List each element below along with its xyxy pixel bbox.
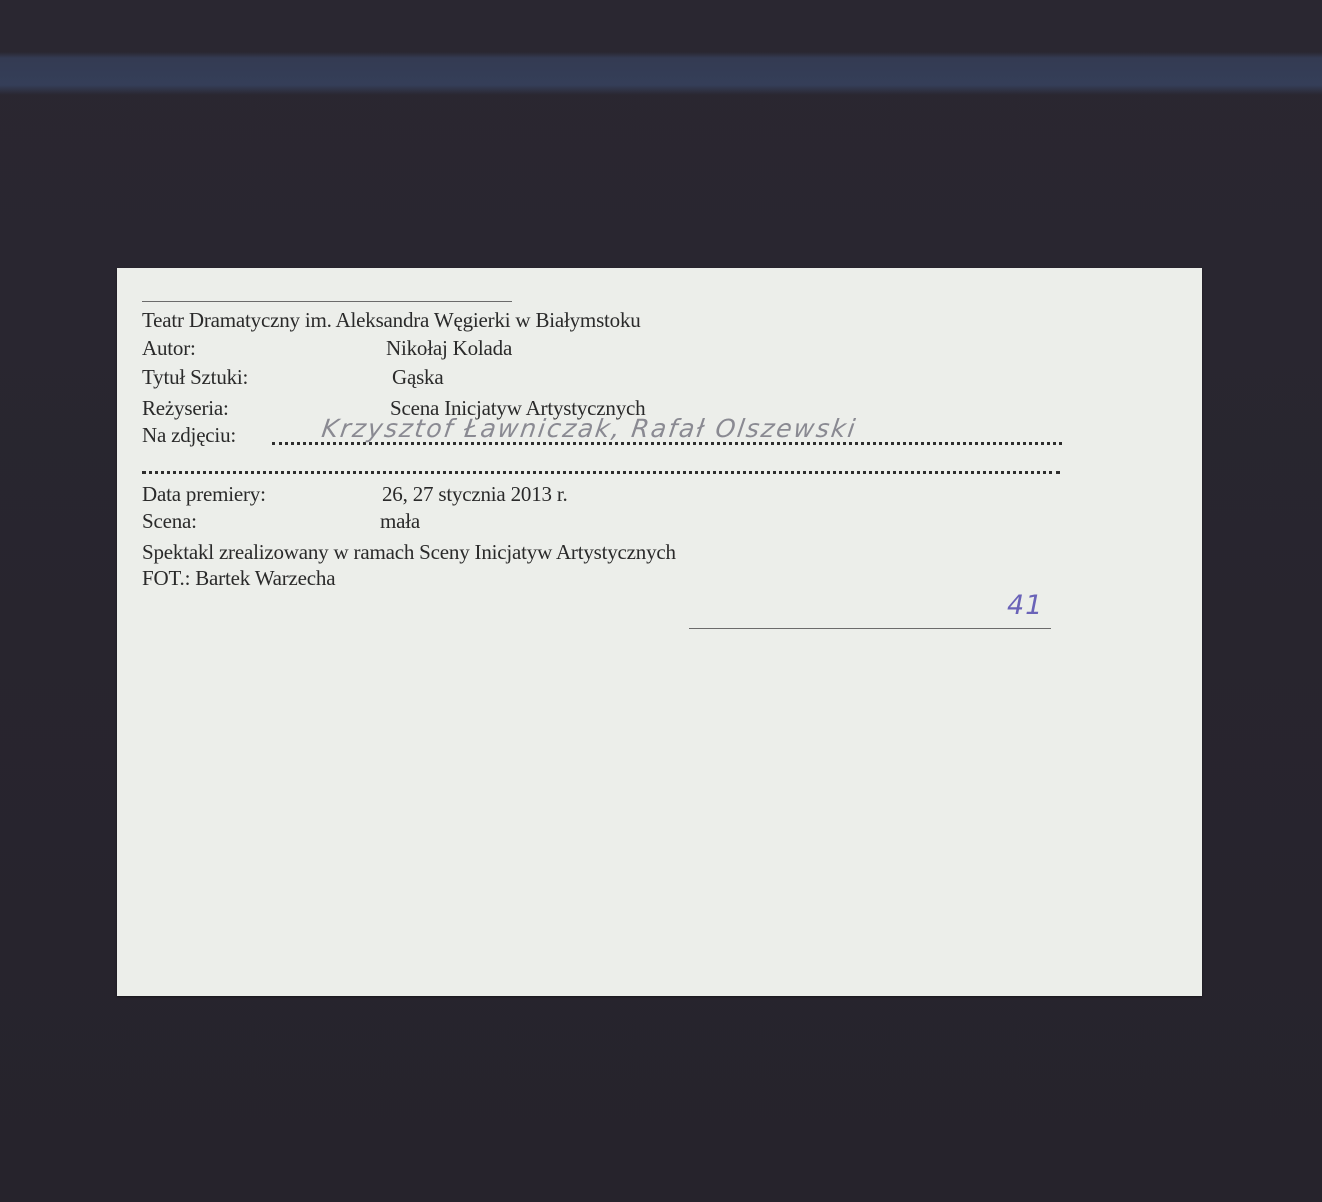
photo-card: Teatr Dramatyczny im. Aleksandra Węgierk… [117, 268, 1202, 996]
premiere-label: Data premiery: [142, 482, 266, 506]
bottom-rule [689, 628, 1051, 629]
premiere-value: 26, 27 stycznia 2013 r. [382, 482, 568, 506]
stage-label: Scena: [142, 509, 197, 533]
top-rule [142, 301, 512, 302]
direction-label: Reżyseria: [142, 396, 229, 420]
production-note: Spektakl zrealizowany w ramach Sceny Ini… [142, 540, 676, 564]
photo-credit: FOT.: Bartek Warzecha [142, 566, 335, 590]
stage-row: Scena: mała [142, 509, 842, 533]
handwritten-number: 41 [1007, 590, 1043, 621]
title-row: Tytuł Sztuki: Gąska [142, 365, 842, 389]
in-photo-label: Na zdjęciu: [142, 423, 236, 447]
theater-name: Teatr Dramatyczny im. Aleksandra Węgierk… [142, 308, 641, 332]
continuation-dotted-line [142, 471, 1060, 474]
author-label: Autor: [142, 336, 196, 360]
premiere-row: Data premiery: 26, 27 stycznia 2013 r. [142, 482, 842, 506]
bleed-through-print [744, 628, 772, 878]
author-row: Autor: Nikołaj Kolada [142, 336, 842, 360]
in-photo-handwritten: Krzysztof Ławniczak, Rafał Olszewski [320, 414, 859, 443]
title-value: Gąska [392, 365, 443, 389]
stage-value: mała [380, 509, 420, 533]
title-label: Tytuł Sztuki: [142, 365, 248, 389]
author-value: Nikołaj Kolada [386, 336, 512, 360]
